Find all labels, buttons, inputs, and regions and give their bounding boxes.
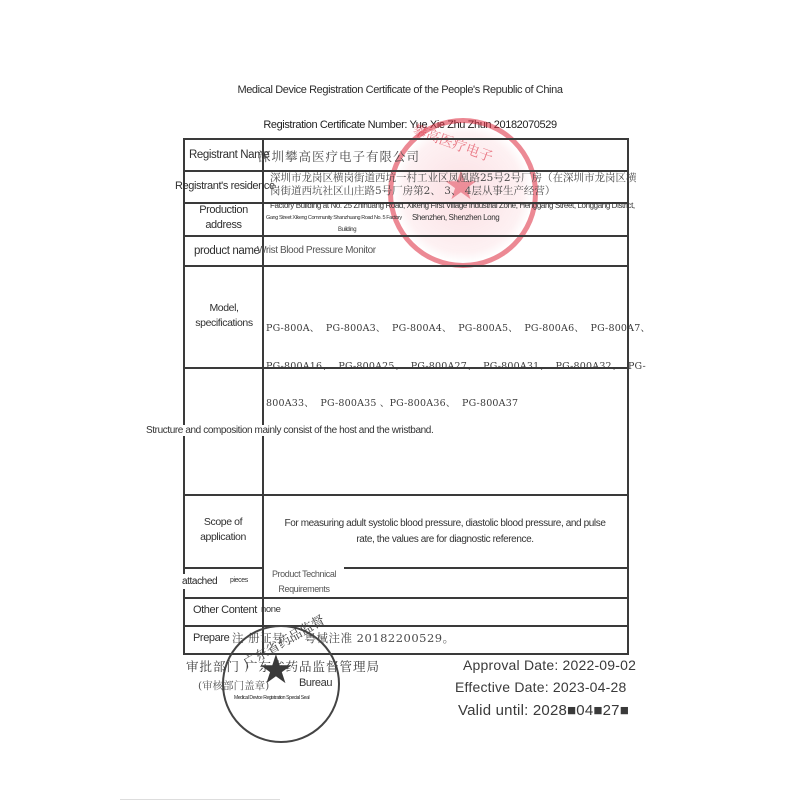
production-address-line-3: Building <box>338 227 356 233</box>
attached-pieces-label: pieces <box>230 573 248 588</box>
valid-until: Valid until: 2028■04■27■ <box>455 702 629 719</box>
approval-department-seal-note: (审核部门盖章) <box>198 678 269 693</box>
production-address-label: Production address <box>186 203 261 233</box>
prepare-value: 注 册证号 ： 粤械注准 20182200529。 <box>232 630 455 646</box>
scope-label: Scope of application <box>186 515 260 545</box>
certificate-number: Registration Certificate Number: Yue Xie… <box>0 119 800 131</box>
row-divider <box>183 235 629 237</box>
model-value: PG-800A、 PG-800A3、 PG-800A4、 PG-800A5、 P… <box>266 298 650 423</box>
model-line-3: 800A33、 PG-800A35 、PG-800A36、 PG-800A37 <box>266 398 650 411</box>
production-address-label-line1: Production <box>186 203 261 218</box>
approval-date-text: Approval Date: 2022-09-02 <box>463 657 636 673</box>
attached-value: Product Technical Requirements <box>264 567 344 597</box>
row-divider <box>183 625 629 627</box>
prepare-label: Prepare <box>193 631 229 646</box>
scope-label-line2: application <box>186 530 260 545</box>
production-address-label-line2: address <box>186 218 261 233</box>
structure-composition-text: Structure and composition mainly consist… <box>146 425 433 436</box>
production-address-line-2a: Gang Street Xikeng Community Shanzhuang … <box>266 215 402 221</box>
effective-date: Effective Date: 2023-04-28 <box>455 679 627 695</box>
table-border-top <box>183 138 629 140</box>
scope-line-2: rate, the values are for diagnostic refe… <box>264 532 626 548</box>
approval-date: Approval Date: 2022-09-02 <box>455 657 636 673</box>
production-address-line-1: Factory Building at No. 25 Zhihuang Road… <box>270 201 635 210</box>
row-divider <box>183 265 629 267</box>
registrant-residence-value: 深圳市龙岗区横岗街道西坑一村工业区凤凰路25号2号厂房（在深圳市龙岗区横 岗街道… <box>270 172 637 198</box>
valid-until-text: Valid until: 2028■04■27■ <box>458 702 629 719</box>
certificate-title: Medical Device Registration Certificate … <box>0 84 800 96</box>
attached-line-1: Product Technical <box>264 567 344 582</box>
table-border-bottom <box>183 653 629 655</box>
row-divider <box>183 567 629 569</box>
seal-caption: Medical Device Registration Special Seal <box>234 695 309 701</box>
other-content-label: Other Content <box>193 603 257 618</box>
scope-line-1: For measuring adult systolic blood press… <box>264 516 626 532</box>
product-name-label: product name <box>194 244 260 259</box>
attached-line-2: Requirements <box>264 582 344 597</box>
effective-date-text: Effective Date: 2023-04-28 <box>455 679 627 695</box>
model-line-2: PG-800A16、 PG-800A25、 PG-800A27、 PG-800A… <box>266 361 650 374</box>
attached-label: attached <box>182 574 217 589</box>
approval-department: 审批部门 广东省药品监督管理局 <box>186 657 380 675</box>
registrant-name-value: 深圳攀高医疗电子有限公司 <box>258 147 420 165</box>
row-divider <box>183 597 629 599</box>
model-label-line1: Model, <box>186 301 262 316</box>
scope-value: For measuring adult systolic blood press… <box>264 516 626 548</box>
bureau-label: Bureau <box>299 677 332 689</box>
scope-label-line1: Scope of <box>186 515 260 530</box>
row-divider <box>183 494 629 496</box>
registrant-residence-label: Registrant's residence <box>175 179 275 194</box>
residence-line-1: 深圳市龙岗区横岗街道西坑一村工业区凤凰路25号2号厂房（在深圳市龙岗区横 <box>270 172 637 185</box>
other-content-value: none <box>261 604 281 615</box>
model-label-line2: specifications <box>186 316 262 331</box>
product-name-value: Wrist Blood Pressure Monitor <box>257 245 376 256</box>
model-label: Model, specifications <box>186 301 262 331</box>
model-line-1: PG-800A、 PG-800A3、 PG-800A4、 PG-800A5、 P… <box>266 323 650 336</box>
residence-line-2: 岗街道西坑社区山庄路5号厂房第2、 3、 4层从事生产经营） <box>270 185 637 198</box>
production-address-line-2b: Shenzhen, Shenzhen Long <box>412 213 499 222</box>
